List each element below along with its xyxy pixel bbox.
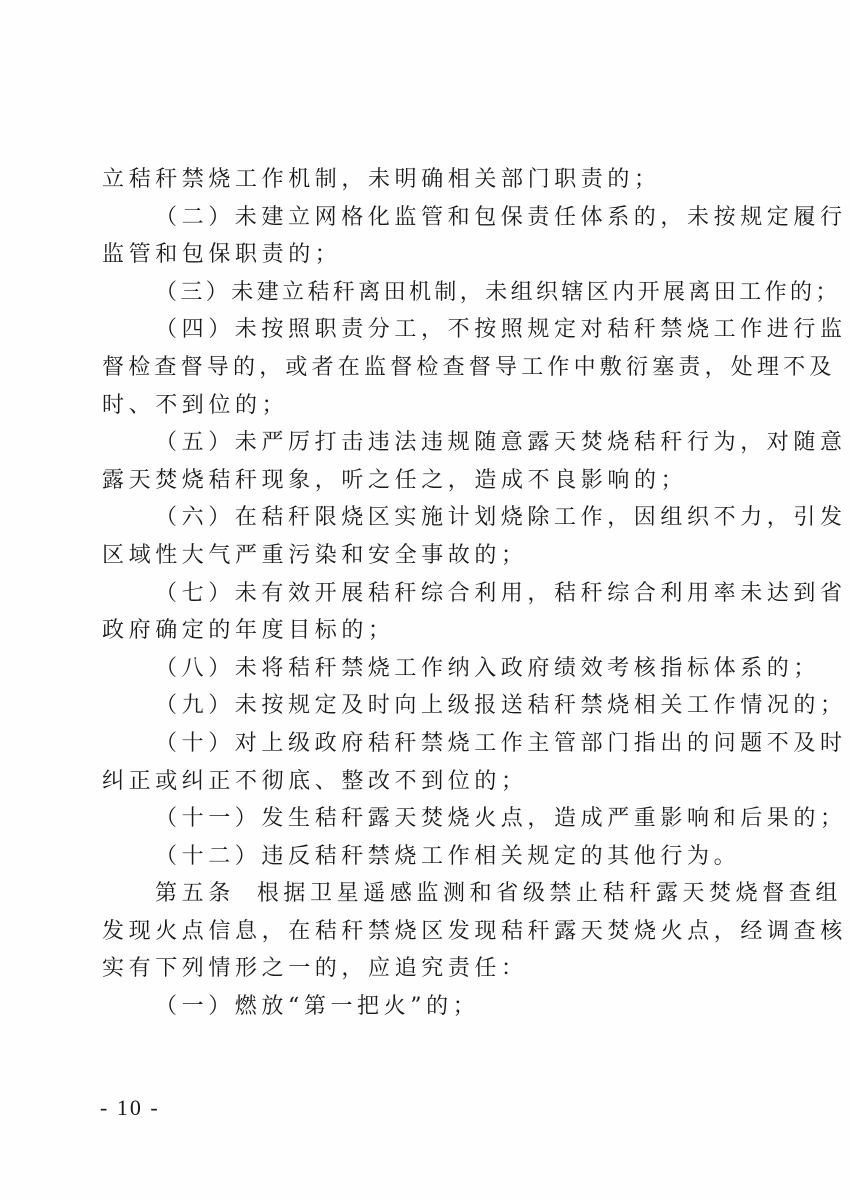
text-line: 监管和包保职责的； <box>102 236 748 274</box>
document-body: 立秸秆禁烧工作机制，未明确相关部门职责的； （二）未建立网格化监管和包保责任体系… <box>102 161 748 1026</box>
text-line: 政府确定的年度目标的； <box>102 612 748 650</box>
page-number: - 10 - <box>100 1095 160 1121</box>
text-line: 区域性大气严重污染和安全事故的； <box>102 537 748 575</box>
list-item-4: （四）未按照职责分工，不按照规定对秸秆禁烧工作进行监 <box>102 311 748 349</box>
article-5-first-line: 第五条根据卫星遥感监测和省级禁止秸秆露天焚烧督查组 <box>102 875 748 913</box>
list-item-2: （二）未建立网格化监管和包保责任体系的，未按规定履行 <box>102 199 748 237</box>
text-line: 时、不到位的； <box>102 387 748 425</box>
text-line: 督检查督导的，或者在监督检查督导工作中敷衍塞责，处理不及 <box>102 349 748 387</box>
list-item-11: （十一）发生秸秆露天焚烧火点，造成严重影响和后果的； <box>102 800 748 838</box>
text-line: 露天焚烧秸秆现象，听之任之，造成不良影响的； <box>102 462 748 500</box>
article-5-label: 第五条 <box>155 881 235 906</box>
list-item-6: （六）在秸秆限烧区实施计划烧除工作，因组织不力，引发 <box>102 499 748 537</box>
list-item-10: （十）对上级政府秸秆禁烧工作主管部门指出的问题不及时 <box>102 725 748 763</box>
list-item-8: （八）未将秸秆禁烧工作纳入政府绩效考核指标体系的； <box>102 650 748 688</box>
list-item-3: （三）未建立秸秆离田机制，未组织辖区内开展离田工作的； <box>102 274 748 312</box>
list-item-5: （五）未严厉打击违法违规随意露天焚烧秸秆行为，对随意 <box>102 424 748 462</box>
article-5-item-1: （一）燃放“第一把火”的； <box>102 988 748 1026</box>
text-line: 纠正或纠正不彻底、整改不到位的； <box>102 763 748 801</box>
list-item-7: （七）未有效开展秸秆综合利用，秸秆综合利用率未达到省 <box>102 575 748 613</box>
document-page: 立秸秆禁烧工作机制，未明确相关部门职责的； （二）未建立网格化监管和包保责任体系… <box>0 0 850 1200</box>
article-5-text: 根据卫星遥感监测和省级禁止秸秆露天焚烧督查组 <box>257 881 842 906</box>
text-line: 立秸秆禁烧工作机制，未明确相关部门职责的； <box>102 161 748 199</box>
list-item-9: （九）未按规定及时向上级报送秸秆禁烧相关工作情况的； <box>102 687 748 725</box>
text-line: 实有下列情形之一的，应追究责任： <box>102 950 748 988</box>
list-item-12: （十二）违反秸秆禁烧工作相关规定的其他行为。 <box>102 838 748 876</box>
text-line: 发现火点信息，在秸秆禁烧区发现秸秆露天焚烧火点，经调查核 <box>102 913 748 951</box>
